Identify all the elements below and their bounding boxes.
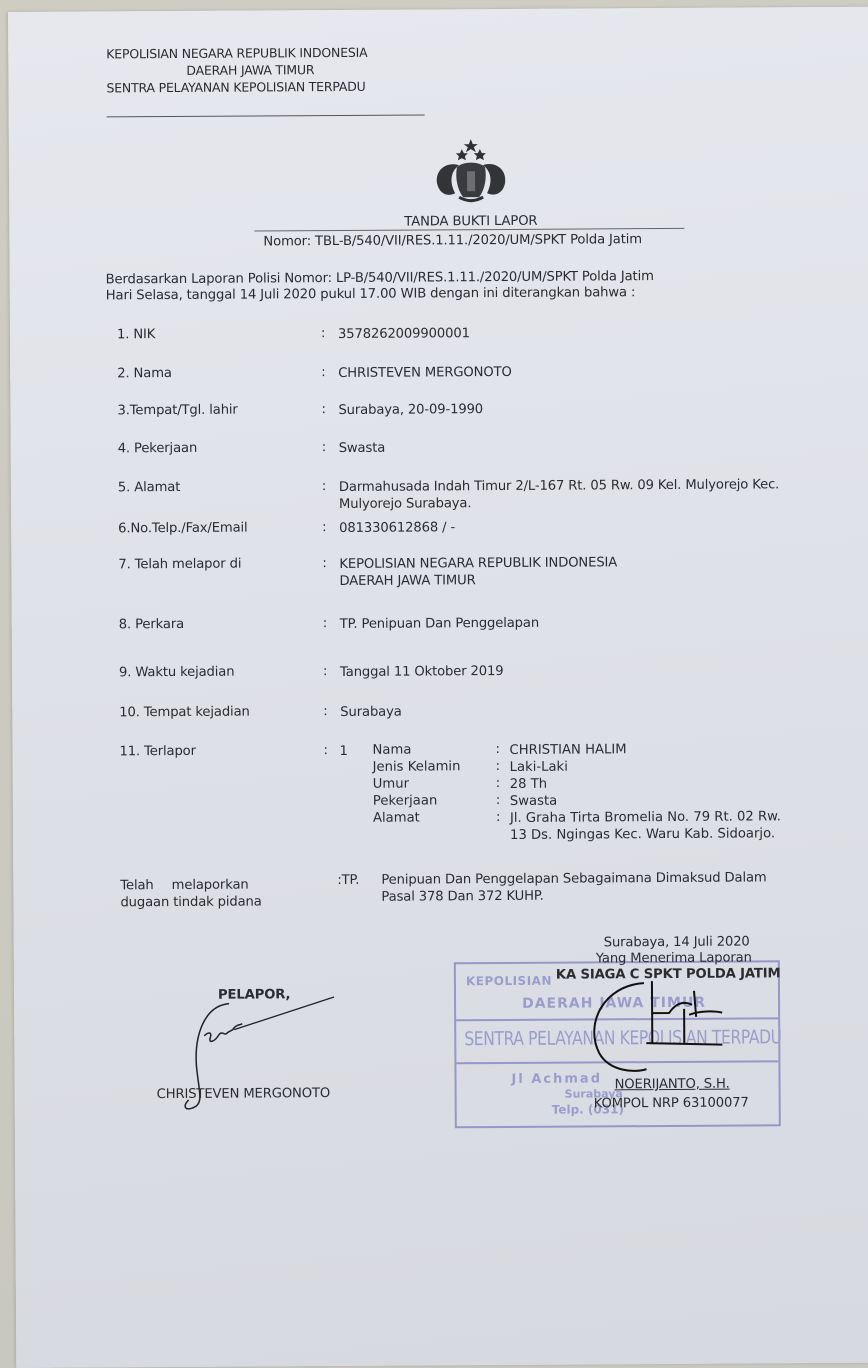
field-perkara: 8. Perkara : TP. Penipuan Dan Penggelapa…	[8, 7, 868, 12]
intro-line-2: Hari Selasa, tanggal 14 Juli 2020 pukul …	[106, 284, 636, 304]
police-emblem-icon	[427, 137, 515, 208]
field-label: 10. Tempat kejadian	[119, 705, 249, 721]
dugaan-label-2: dugaan tindak pidana	[120, 894, 261, 910]
field-colon: :	[321, 326, 326, 341]
field-value-line-2: Mulyorejo Surabaya.	[339, 495, 471, 513]
reporter-name: CHRISTEVEN MERGONOTO	[157, 1085, 331, 1103]
field-label: 9. Waktu kejadian	[119, 665, 234, 681]
field-nik: 1. NIK : 3578262009900001	[8, 7, 868, 12]
field-telah-melapor: 7. Telah melapor di : KEPOLISIAN NEGARA …	[8, 7, 868, 12]
field-value: KEPOLISIAN NEGARA REPUBLIK INDONESIA	[339, 554, 617, 573]
field-value: Darmahusada Indah Timur 2/L-167 Rt. 05 R…	[339, 476, 779, 496]
receiver-name: NOERIJANTO, S.H.	[615, 1076, 730, 1094]
terlapor-label-jenis-kelamin: Jenis Kelamin	[373, 759, 461, 775]
field-label: 4. Pekerjaan	[118, 441, 198, 456]
terlapor-nama: CHRISTIAN HALIM	[509, 741, 626, 759]
field-label: 5. Alamat	[118, 480, 180, 495]
sub-colon: :	[496, 793, 501, 808]
field-colon: :	[322, 556, 327, 571]
dugaan-value-1: Penipuan Dan Penggelapan Sebagaimana Dim…	[381, 869, 766, 888]
terlapor-umur: 28 Th	[510, 776, 547, 793]
field-nama: 2. Nama : CHRISTEVEN MERGONOTO	[8, 7, 868, 12]
field-value: Swasta	[339, 440, 386, 457]
field-label: 2. Nama	[117, 366, 172, 381]
terlapor-label-pekerjaan: Pekerjaan	[373, 793, 438, 808]
field-colon: :	[321, 365, 326, 380]
header-line-3: SENTRA PELAYANAN KEPOLISIAN TERPADU	[106, 78, 365, 97]
header-line-2: DAERAH JAWA TIMUR	[186, 61, 314, 79]
receiver-signature	[574, 972, 775, 1083]
terlapor-label-umur: Umur	[373, 777, 409, 792]
document-number: Nomor: TBL-B/540/VII/RES.1.11./2020/UM/S…	[263, 231, 642, 250]
document-page: KEPOLISIAN NEGARA REPUBLIK INDONESIA DAE…	[8, 7, 868, 1368]
field-colon: :	[323, 616, 328, 631]
receiver-rank: KOMPOL NRP 63100077	[594, 1094, 749, 1112]
field-terlapor: 11. Terlapor : 1 Nama : CHRISTIAN HALIM …	[8, 7, 868, 12]
field-value: 081330612868 / -	[339, 519, 455, 537]
field-pekerjaan: 4. Pekerjaan : Swasta	[8, 7, 868, 12]
sub-colon: :	[496, 810, 501, 825]
field-colon: :	[323, 743, 328, 758]
sub-colon: :	[496, 776, 501, 791]
stamp-line-1: KEPOLISIAN	[466, 974, 552, 989]
field-tempat-kejadian: 10. Tempat kejadian : Surabaya	[8, 7, 868, 12]
field-label: 11. Terlapor	[119, 744, 195, 759]
terlapor-label-nama: Nama	[372, 743, 411, 758]
field-value-line-2: DAERAH JAWA TIMUR	[339, 572, 475, 590]
terlapor-jenis-kelamin: Laki-Laki	[510, 759, 568, 776]
terlapor-alamat-line-2: 13 Ds. Ngingas Kec. Waru Kab. Sidoarjo.	[510, 825, 775, 844]
terlapor-pekerjaan: Swasta	[510, 793, 557, 810]
field-value: CHRISTEVEN MERGONOTO	[338, 364, 512, 382]
field-colon: :	[323, 664, 328, 679]
field-colon: :	[322, 440, 327, 455]
field-alamat: 5. Alamat : Darmahusada Indah Timur 2/L-…	[8, 7, 868, 12]
field-colon: :	[323, 704, 328, 719]
field-colon: :	[322, 479, 327, 494]
dugaan-tindak-pidana: Telah melaporkan dugaan tindak pidana :T…	[8, 7, 868, 12]
field-label: 6.No.Telp./Fax/Email	[118, 521, 247, 537]
field-colon: :	[321, 402, 326, 417]
terlapor-label-alamat: Alamat	[373, 810, 420, 825]
field-waktu-kejadian: 9. Waktu kejadian : Tanggal 11 Oktober 2…	[8, 7, 868, 12]
field-label: 7. Telah melapor di	[118, 557, 241, 573]
field-value: Surabaya, 20-09-1990	[338, 401, 483, 419]
field-value: Surabaya	[340, 704, 401, 721]
field-label: 1. NIK	[117, 327, 155, 342]
header-line-1: KEPOLISIAN NEGARA REPUBLIK INDONESIA	[106, 44, 367, 63]
field-tempat-tgl-lahir: 3.Tempat/Tgl. lahir : Surabaya, 20-09-19…	[8, 7, 868, 12]
terlapor-index: 1	[339, 743, 347, 760]
dugaan-prefix: :TP.	[337, 872, 359, 889]
terlapor-alamat: Jl. Graha Tirta Bromelia No. 79 Rt. 02 R…	[510, 808, 781, 827]
dugaan-label-1: Telah melaporkan	[120, 878, 248, 894]
field-colon: :	[322, 520, 327, 535]
field-value: Tanggal 11 Oktober 2019	[340, 663, 504, 681]
field-value: TP. Penipuan Dan Penggelapan	[340, 615, 539, 633]
dugaan-value-2: Pasal 378 Dan 372 KUHP.	[381, 888, 543, 906]
field-value: 3578262009900001	[338, 325, 470, 343]
field-label: 8. Perkara	[119, 617, 184, 632]
header-underline	[107, 114, 425, 117]
field-telp: 6.No.Telp./Fax/Email : 081330612868 / -	[8, 7, 868, 12]
field-label: 3.Tempat/Tgl. lahir	[117, 403, 237, 419]
sub-colon: :	[495, 742, 500, 757]
sub-colon: :	[496, 759, 501, 774]
